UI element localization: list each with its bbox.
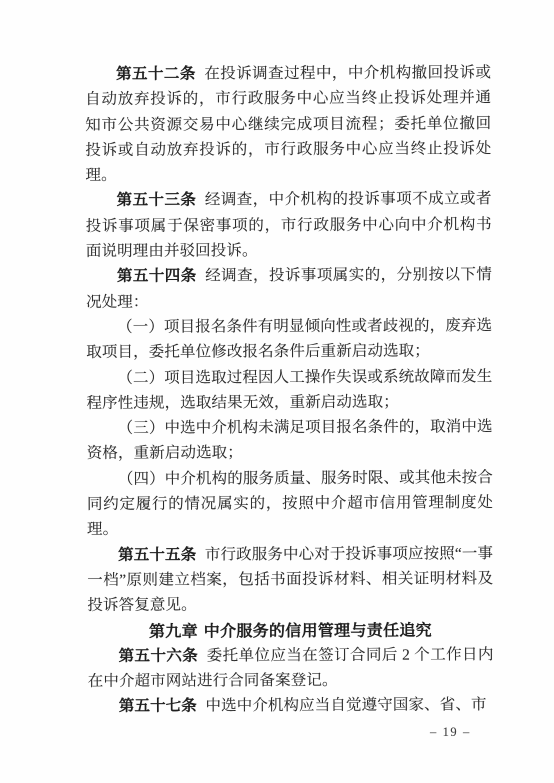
article-number: 第五十六条	[119, 646, 199, 664]
article-number: 第五十二条	[116, 65, 196, 83]
item-text: （一）项目报名条件有明显倾向性或者歧视的，废弃选取项目，委托单位修改报名条件后重…	[86, 317, 492, 361]
page-number: – 19 –	[430, 725, 471, 740]
item-text: （三）中选中介机构未满足项目报名条件的，取消中选资格，重新启动选取；	[87, 418, 493, 462]
article-paragraph-57: 第五十七条中选中介机构应当自觉遵守国家、省、市	[88, 693, 494, 720]
article-paragraph-56: 第五十六条委托单位应当在签订合同后 2 个工作日内在中介超市网站进行合同备案登记…	[88, 642, 494, 694]
article-paragraph-52: 第五十二条在投诉调查过程中，中介机构撤回投诉或自动放弃投诉的，市行政服务中心应当…	[85, 60, 492, 188]
article-text: 中选中介机构应当自觉遵守国家、省、市	[205, 697, 486, 715]
item-text: （二）项目选取过程因人工操作失误或系统故障而发生程序性违规，选取结果无效，重新启…	[86, 368, 492, 412]
list-item-3: （三）中选中介机构未满足项目报名条件的，取消中选资格，重新启动选取；	[87, 414, 493, 466]
document-page: 第五十二条在投诉调查过程中，中介机构撤回投诉或自动放弃投诉的，市行政服务中心应当…	[0, 0, 554, 783]
article-number: 第五十五条	[118, 545, 196, 563]
article-paragraph-55: 第五十五条市行政服务中心对于投诉事项应按照“一事一档”原则建立档案，包括书面投诉…	[87, 541, 493, 619]
item-text: （四）中介机构的服务质量、服务时限、或其他未按合同约定履行的情况属实的，按照中介…	[87, 469, 493, 538]
article-number: 第五十三条	[117, 191, 197, 209]
list-item-4: （四）中介机构的服务质量、服务时限、或其他未按合同约定履行的情况属实的，按照中介…	[87, 465, 493, 543]
list-item-2: （二）项目选取过程因人工操作失误或系统故障而发生程序性违规，选取结果无效，重新启…	[86, 364, 492, 416]
article-number: 第五十七条	[119, 697, 197, 715]
article-number: 第五十四条	[117, 267, 197, 285]
chapter-heading: 第九章 中介服务的信用管理与责任追究	[87, 617, 493, 644]
article-paragraph-53: 第五十三条经调查，中介机构的投诉事项不成立或者投诉事项属于保密事项的，市行政服务…	[86, 187, 492, 265]
list-item-1: （一）项目报名条件有明显倾向性或者歧视的，废弃选取项目，委托单位修改报名条件后重…	[86, 313, 492, 365]
article-paragraph-54: 第五十四条经调查，投诉事项属实的，分别按以下情况处理：	[86, 263, 492, 315]
document-body: 第五十二条在投诉调查过程中，中介机构撤回投诉或自动放弃投诉的，市行政服务中心应当…	[85, 60, 494, 719]
